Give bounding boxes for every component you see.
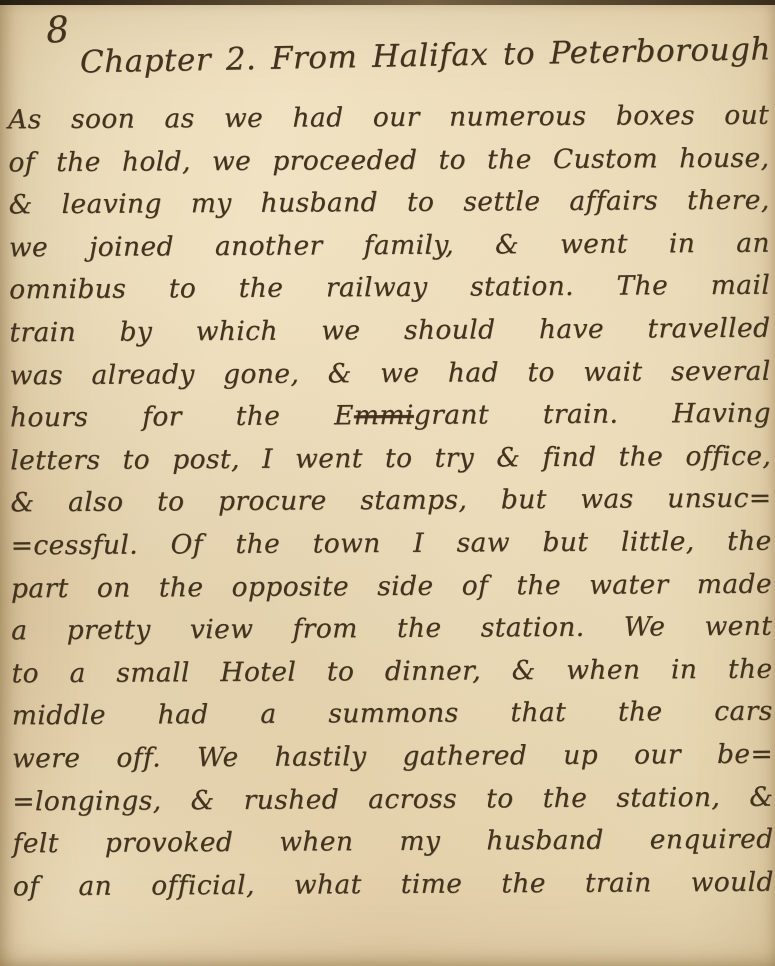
manuscript-text: we joined another family, & went in an [9, 227, 770, 263]
manuscript-line: =longings, & rushed across to the statio… [12, 776, 773, 823]
manuscript-line: & leaving my husband to settle affairs t… [9, 180, 770, 227]
manuscript-line: part on the opposite side of the water m… [11, 563, 772, 610]
manuscript-text: letters to post, I went to try & find th… [10, 440, 771, 476]
manuscript-line: felt provoked when my husband enquired [12, 819, 773, 866]
manuscript-line: As soon as we had our numerous boxes out [8, 95, 769, 142]
manuscript-text: was already gone, & we had to wait sever… [10, 355, 771, 391]
manuscript-text: of the hold, we proceeded to the Custom … [8, 142, 769, 178]
manuscript-line: a pretty view from the station. We went [11, 606, 772, 653]
manuscript-line: we joined another family, & went in an [9, 222, 770, 269]
manuscript-text: grant train. Having [414, 398, 771, 431]
manuscript-body: As soon as we had our numerous boxes out… [0, 95, 775, 909]
manuscript-text: were off. We hastily gathered up our be= [12, 739, 773, 775]
chapter-heading: Chapter 2. From Halifax to Peterborough [0, 31, 771, 82]
manuscript-line: were off. We hastily gathered up our be= [12, 734, 773, 781]
manuscript-text: felt provoked when my husband enquired [12, 824, 773, 860]
manuscript-line: was already gone, & we had to wait sever… [10, 350, 771, 397]
manuscript-line: omnibus to the railway station. The mail [9, 265, 770, 312]
manuscript-text: As soon as we had our numerous boxes out [8, 100, 769, 136]
manuscript-text: =cessful. Of the town I saw but little, … [11, 526, 772, 562]
manuscript-line: letters to post, I went to try & find th… [10, 435, 771, 482]
manuscript-text: to a small Hotel to dinner, & when in th… [11, 653, 772, 689]
manuscript-text: hours for the E [10, 400, 354, 433]
manuscript-line: middle had a summons that the cars [12, 691, 773, 738]
manuscript-line: =cessful. Of the town I saw but little, … [11, 521, 772, 568]
manuscript-text: =longings, & rushed across to the statio… [12, 781, 773, 817]
manuscript-page: 8 Chapter 2. From Halifax to Peterboroug… [0, 0, 775, 966]
manuscript-line: train by which we should have travelled [9, 308, 770, 355]
manuscript-text: & also to procure stamps, but was unsuc= [10, 483, 771, 519]
manuscript-text: part on the opposite side of the water m… [11, 568, 772, 604]
manuscript-line: to a small Hotel to dinner, & when in th… [11, 648, 772, 695]
scan-top-edge [0, 0, 775, 5]
manuscript-text: train by which we should have travelled [9, 313, 770, 349]
manuscript-line: of an official, what time the train woul… [13, 861, 774, 908]
manuscript-line: of the hold, we proceeded to the Custom … [8, 137, 769, 184]
manuscript-line: & also to procure stamps, but was unsuc= [10, 478, 771, 525]
manuscript-line: hours for the Emmigrant train. Having [10, 393, 771, 440]
manuscript-text: a pretty view from the station. We went [11, 611, 772, 647]
struck-text: mmi [354, 400, 414, 431]
manuscript-text: middle had a summons that the cars [12, 696, 773, 732]
manuscript-text: omnibus to the railway station. The mail [9, 270, 770, 306]
manuscript-text: & leaving my husband to settle affairs t… [9, 185, 770, 221]
manuscript-text: of an official, what time the train woul… [13, 866, 774, 902]
